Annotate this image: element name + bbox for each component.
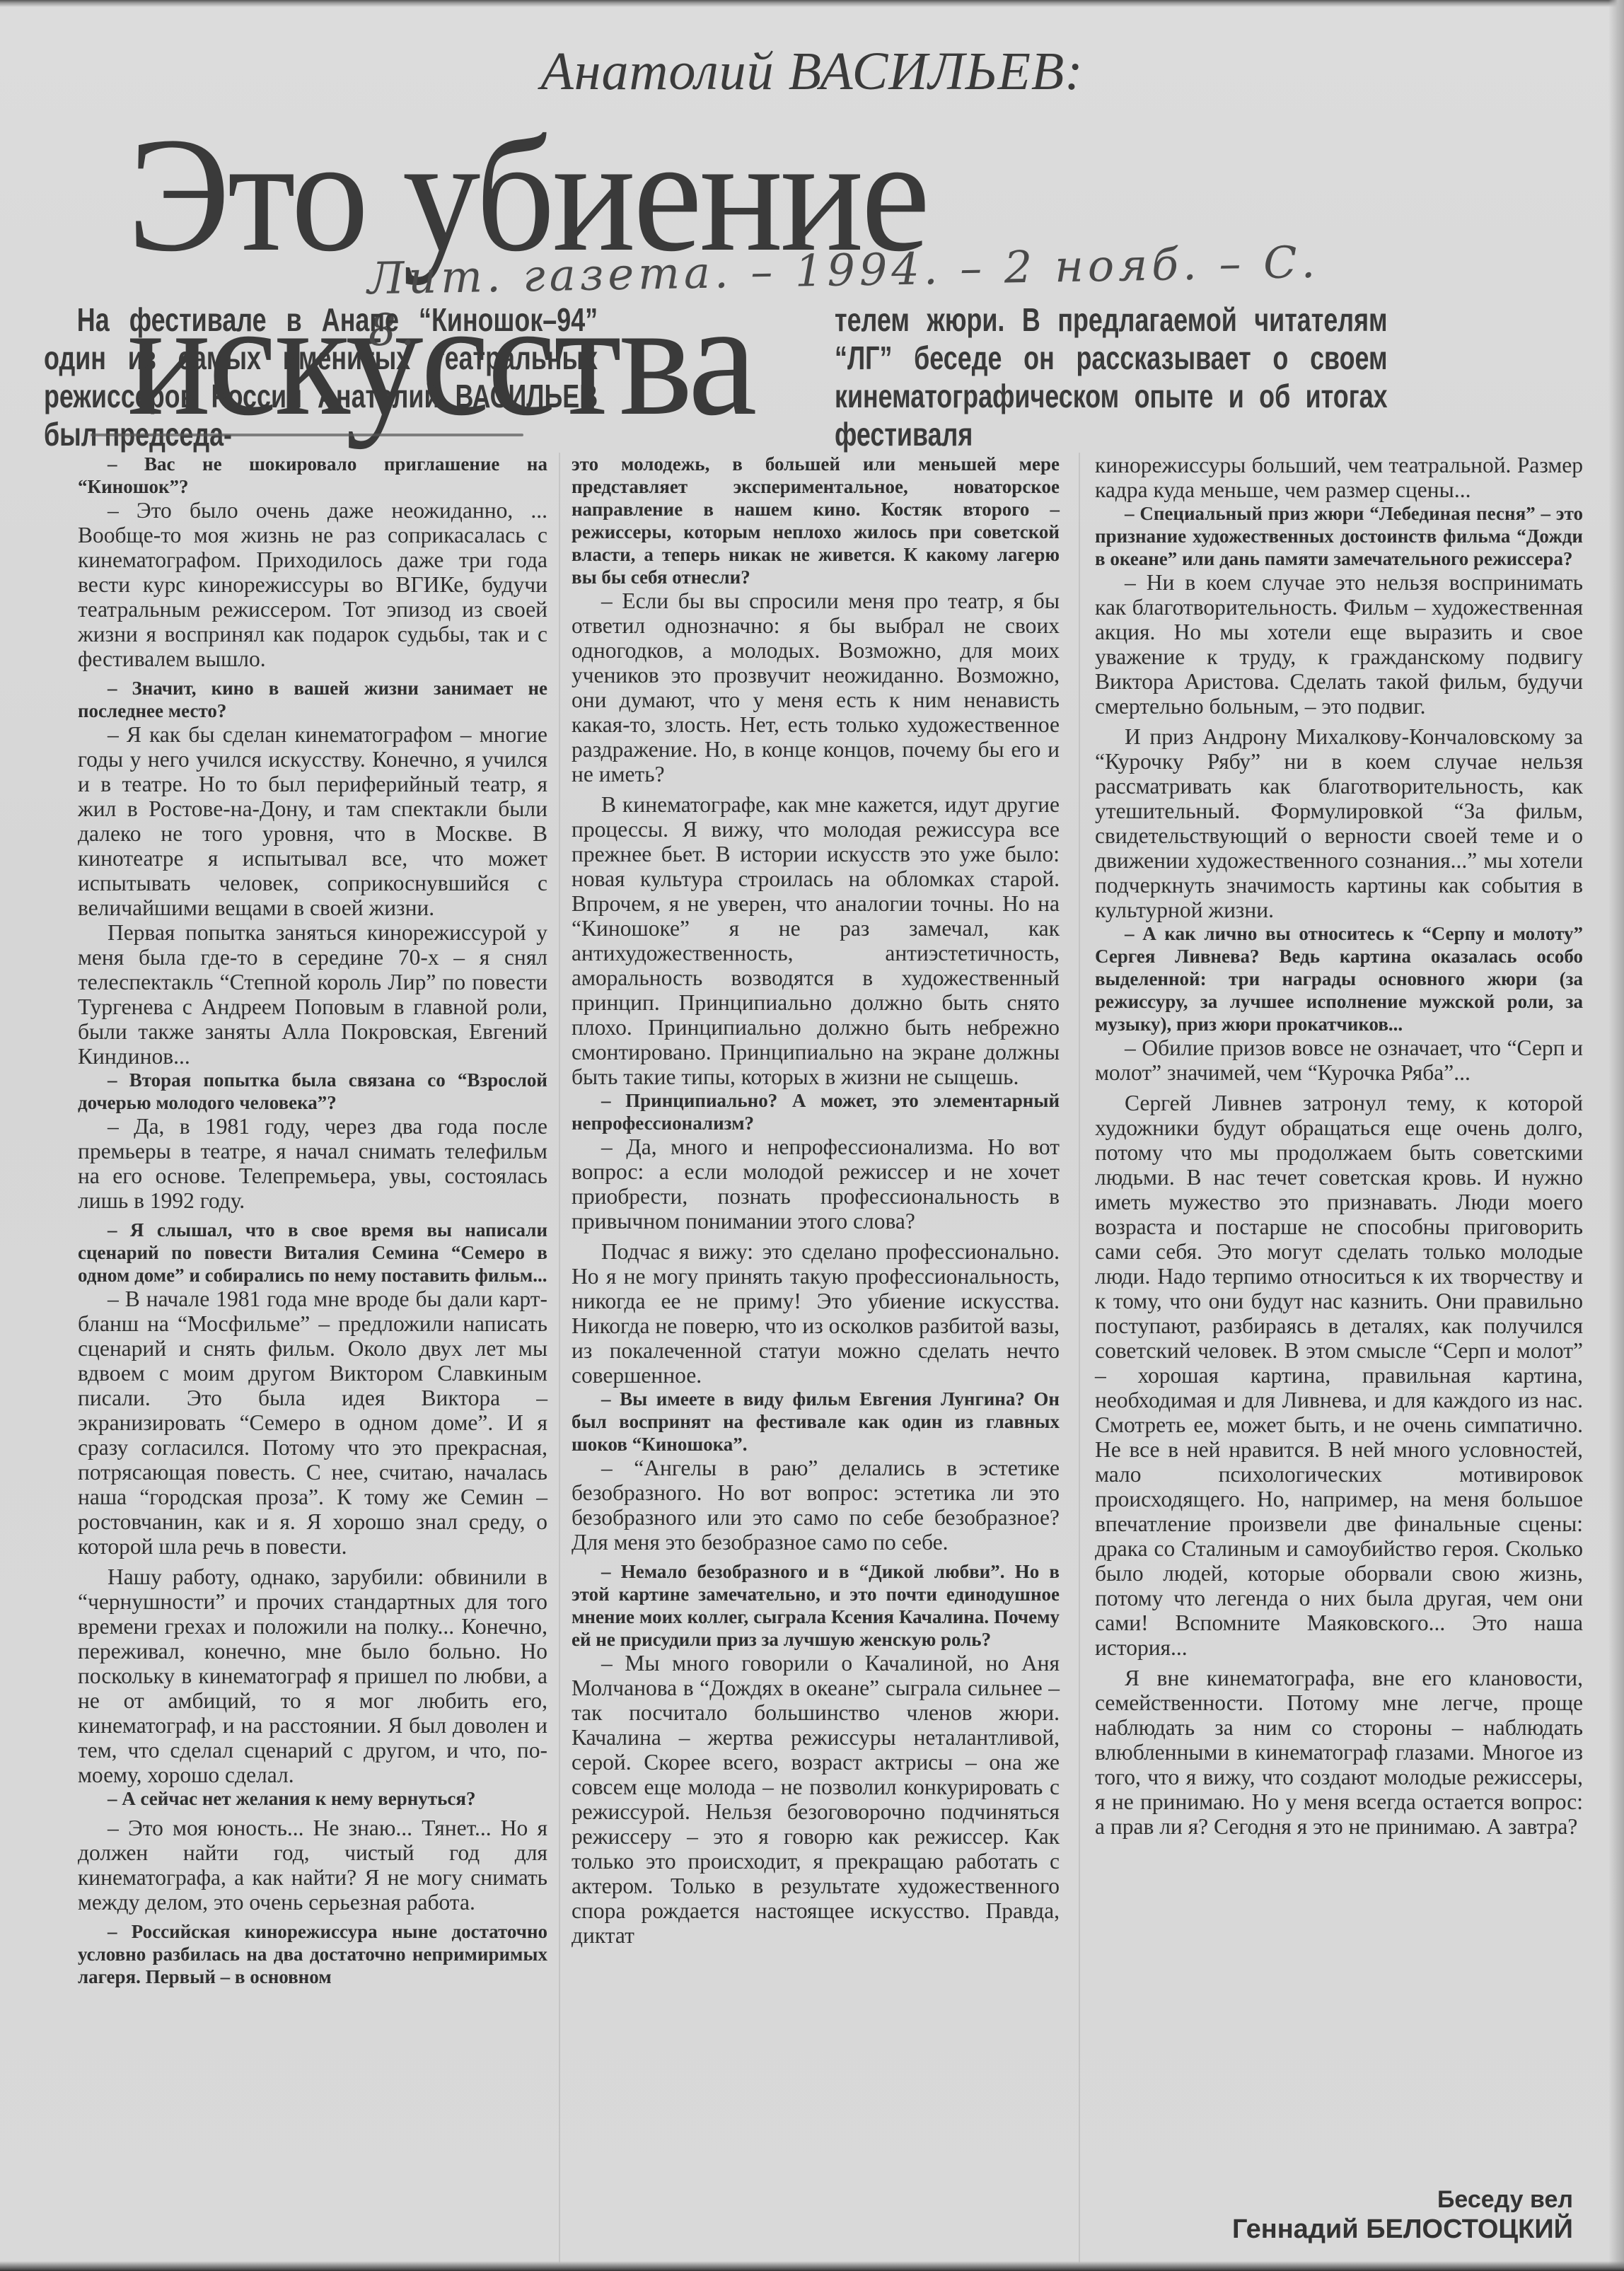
interview-answer: Я вне кинематографа, вне его клановости,… (1095, 1666, 1583, 1839)
newspaper-clipping: Анатолий ВАСИЛЬЕВ: Это убиение искусства… (0, 0, 1624, 2271)
interview-answer: – Да, много и непрофессионализма. Но вот… (572, 1134, 1060, 1233)
interview-answer: Подчас я вижу: это сделано профессиональ… (572, 1239, 1060, 1388)
paper-right-edge (1608, 0, 1624, 2271)
interview-answer: – “Ангелы в раю” делались в эстетике без… (572, 1456, 1060, 1555)
interview-answer: – Если бы вы спросили меня про театр, я … (572, 588, 1060, 786)
interview-question: – Немало безобразного и в “Дикой любви”.… (572, 1560, 1060, 1651)
lead-paragraph-right: телем жюри. В предлагаемой читателям “ЛГ… (835, 301, 1388, 453)
article-column-1: – Вас не шокировало приглашение на “Кино… (78, 453, 547, 1988)
interviewer-credit: Беседу вел Геннадий БЕЛОСТОЦКИЙ (1232, 2185, 1573, 2245)
interview-question: – Вторая попытка была связана со “Взросл… (78, 1069, 547, 1114)
interview-answer: – Ни в коем случае это нельзя воспринима… (1095, 570, 1583, 719)
interview-question: – Российская кинорежиссура ныне достаточ… (78, 1920, 547, 1988)
pen-underline (91, 434, 523, 436)
interview-question: – А сейчас нет желания к нему вернуться? (78, 1787, 547, 1810)
interview-question: – Вы имеете в виду фильм Евгения Лунгина… (572, 1388, 1060, 1456)
interview-answer: И приз Андрону Михалкову-Кончаловскому з… (1095, 724, 1583, 922)
interview-answer: Первая попытка заняться кинорежиссурой у… (78, 920, 547, 1069)
interview-answer: – Мы много говорили о Качалиной, но Аня … (572, 1651, 1060, 1948)
interview-answer: – В начале 1981 года мне вроде бы дали к… (78, 1286, 547, 1559)
article-column-2: это молодежь, в большей или меньшей мере… (572, 453, 1060, 1948)
article-kicker: Анатолий ВАСИЛЬЕВ: (0, 41, 1624, 103)
interview-question: – А как лично вы относитесь к “Серпу и м… (1095, 922, 1583, 1035)
interview-question: это молодежь, в большей или меньшей мере… (572, 453, 1060, 588)
credit-name: Геннадий БЕЛОСТОЦКИЙ (1232, 2214, 1573, 2245)
paper-bottom-edge (0, 2261, 1624, 2271)
interview-answer: – Обилие призов вовсе не означает, что “… (1095, 1035, 1583, 1085)
column-divider (1079, 453, 1080, 2263)
interview-answer: – Это было очень даже неожиданно, ... Во… (78, 498, 547, 671)
interview-question: – Значит, кино в вашей жизни занимает не… (78, 677, 547, 722)
interview-answer: Сергей Ливнев затронул тему, к которой х… (1095, 1091, 1583, 1660)
interview-question: – Принципиально? А может, это элементарн… (572, 1089, 1060, 1134)
lead-paragraph-left: На фестивале в Анапе “Киношок–94” один и… (44, 301, 598, 453)
interview-question: – Вас не шокировало приглашение на “Кино… (78, 453, 547, 498)
interview-answer: Нашу работу, однако, зарубили: обвинили … (78, 1564, 547, 1787)
paper-top-edge (0, 0, 1624, 7)
interview-question: – Специальный приз жюри “Лебединая песня… (1095, 502, 1583, 570)
interview-answer: – Да, в 1981 году, через два года после … (78, 1114, 547, 1213)
column-divider (559, 453, 560, 2263)
interview-answer: В кинематографе, как мне кажется, идут д… (572, 792, 1060, 1089)
credit-label: Беседу вел (1232, 2185, 1573, 2214)
article-column-3: кинорежиссуры больший, чем театральной. … (1095, 453, 1583, 1839)
interview-answer: – Я как бы сделан кинематографом – многи… (78, 722, 547, 920)
interview-question: – Я слышал, что в свое время вы написали… (78, 1219, 547, 1286)
interview-answer: кинорежиссуры больший, чем театральной. … (1095, 453, 1583, 502)
interview-answer: – Это моя юность... Не знаю... Тянет... … (78, 1816, 547, 1915)
